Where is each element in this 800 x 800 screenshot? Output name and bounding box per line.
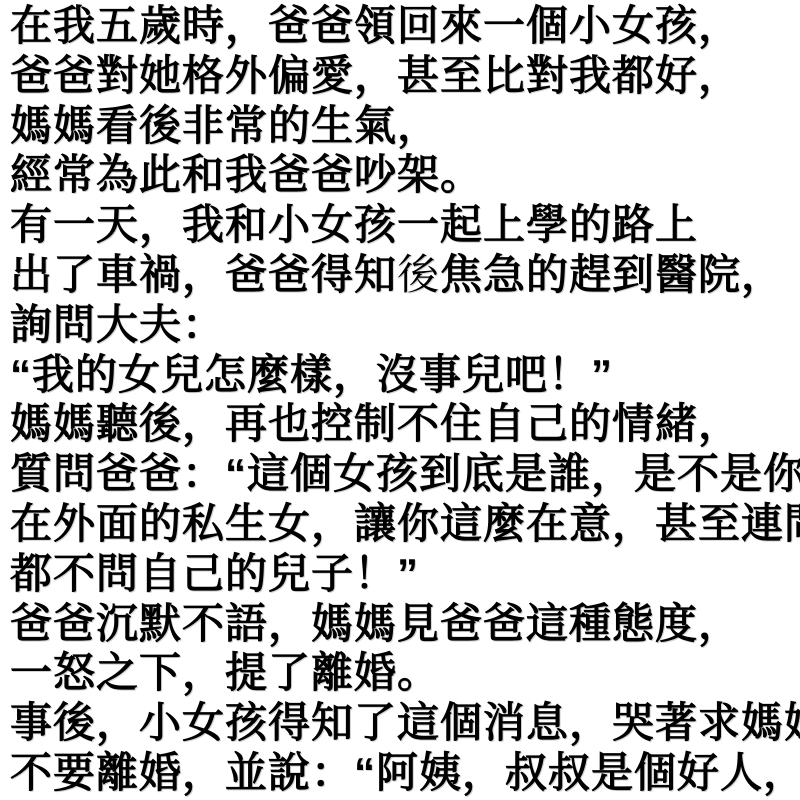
text-line: 事後，小女孩得知了這個消息，哭著求媽媽 [10,698,796,748]
text-line: 經常為此和我爸爸吵架。 [10,150,796,200]
text-line: 在外面的私生女，讓你這麼在意，甚至連問 [10,499,796,549]
text-line: 出了車禍，爸爸得知後焦急的趕到醫院， [10,250,796,300]
text-line: “我的女兒怎麼樣，沒事兒吧！” [10,350,796,400]
fallback-glyph: 後 [397,251,440,298]
text-line: 質問爸爸：“這個女孩到底是誰，是不是你 [10,449,796,499]
text-line: 在我五歲時，爸爸領回來一個小女孩， [10,1,796,51]
text-line: 爸爸對她格外偏愛，甚至比對我都好， [10,51,796,101]
text-line: 都不問自己的兒子！” [10,549,796,599]
text-line: 不要離婚，並說：“阿姨，叔叔是個好人， [10,748,796,798]
text-line: 媽媽聽後，再也控制不住自己的情緒， [10,399,796,449]
text-line: 爸爸沉默不語，媽媽見爸爸這種態度， [10,599,796,649]
text-line: 媽媽看後非常的生氣， [10,101,796,151]
story-page: 在我五歲時，爸爸領回來一個小女孩， 爸爸對她格外偏愛，甚至比對我都好， 媽媽看後… [0,0,800,800]
text-line: 有一天，我和小女孩一起上學的路上 [10,200,796,250]
text-line: 詢問大夫： [10,300,796,350]
text-line: 一怒之下，提了離婚。 [10,648,796,698]
story-text: 在我五歲時，爸爸領回來一個小女孩， 爸爸對她格外偏愛，甚至比對我都好， 媽媽看後… [0,0,800,798]
